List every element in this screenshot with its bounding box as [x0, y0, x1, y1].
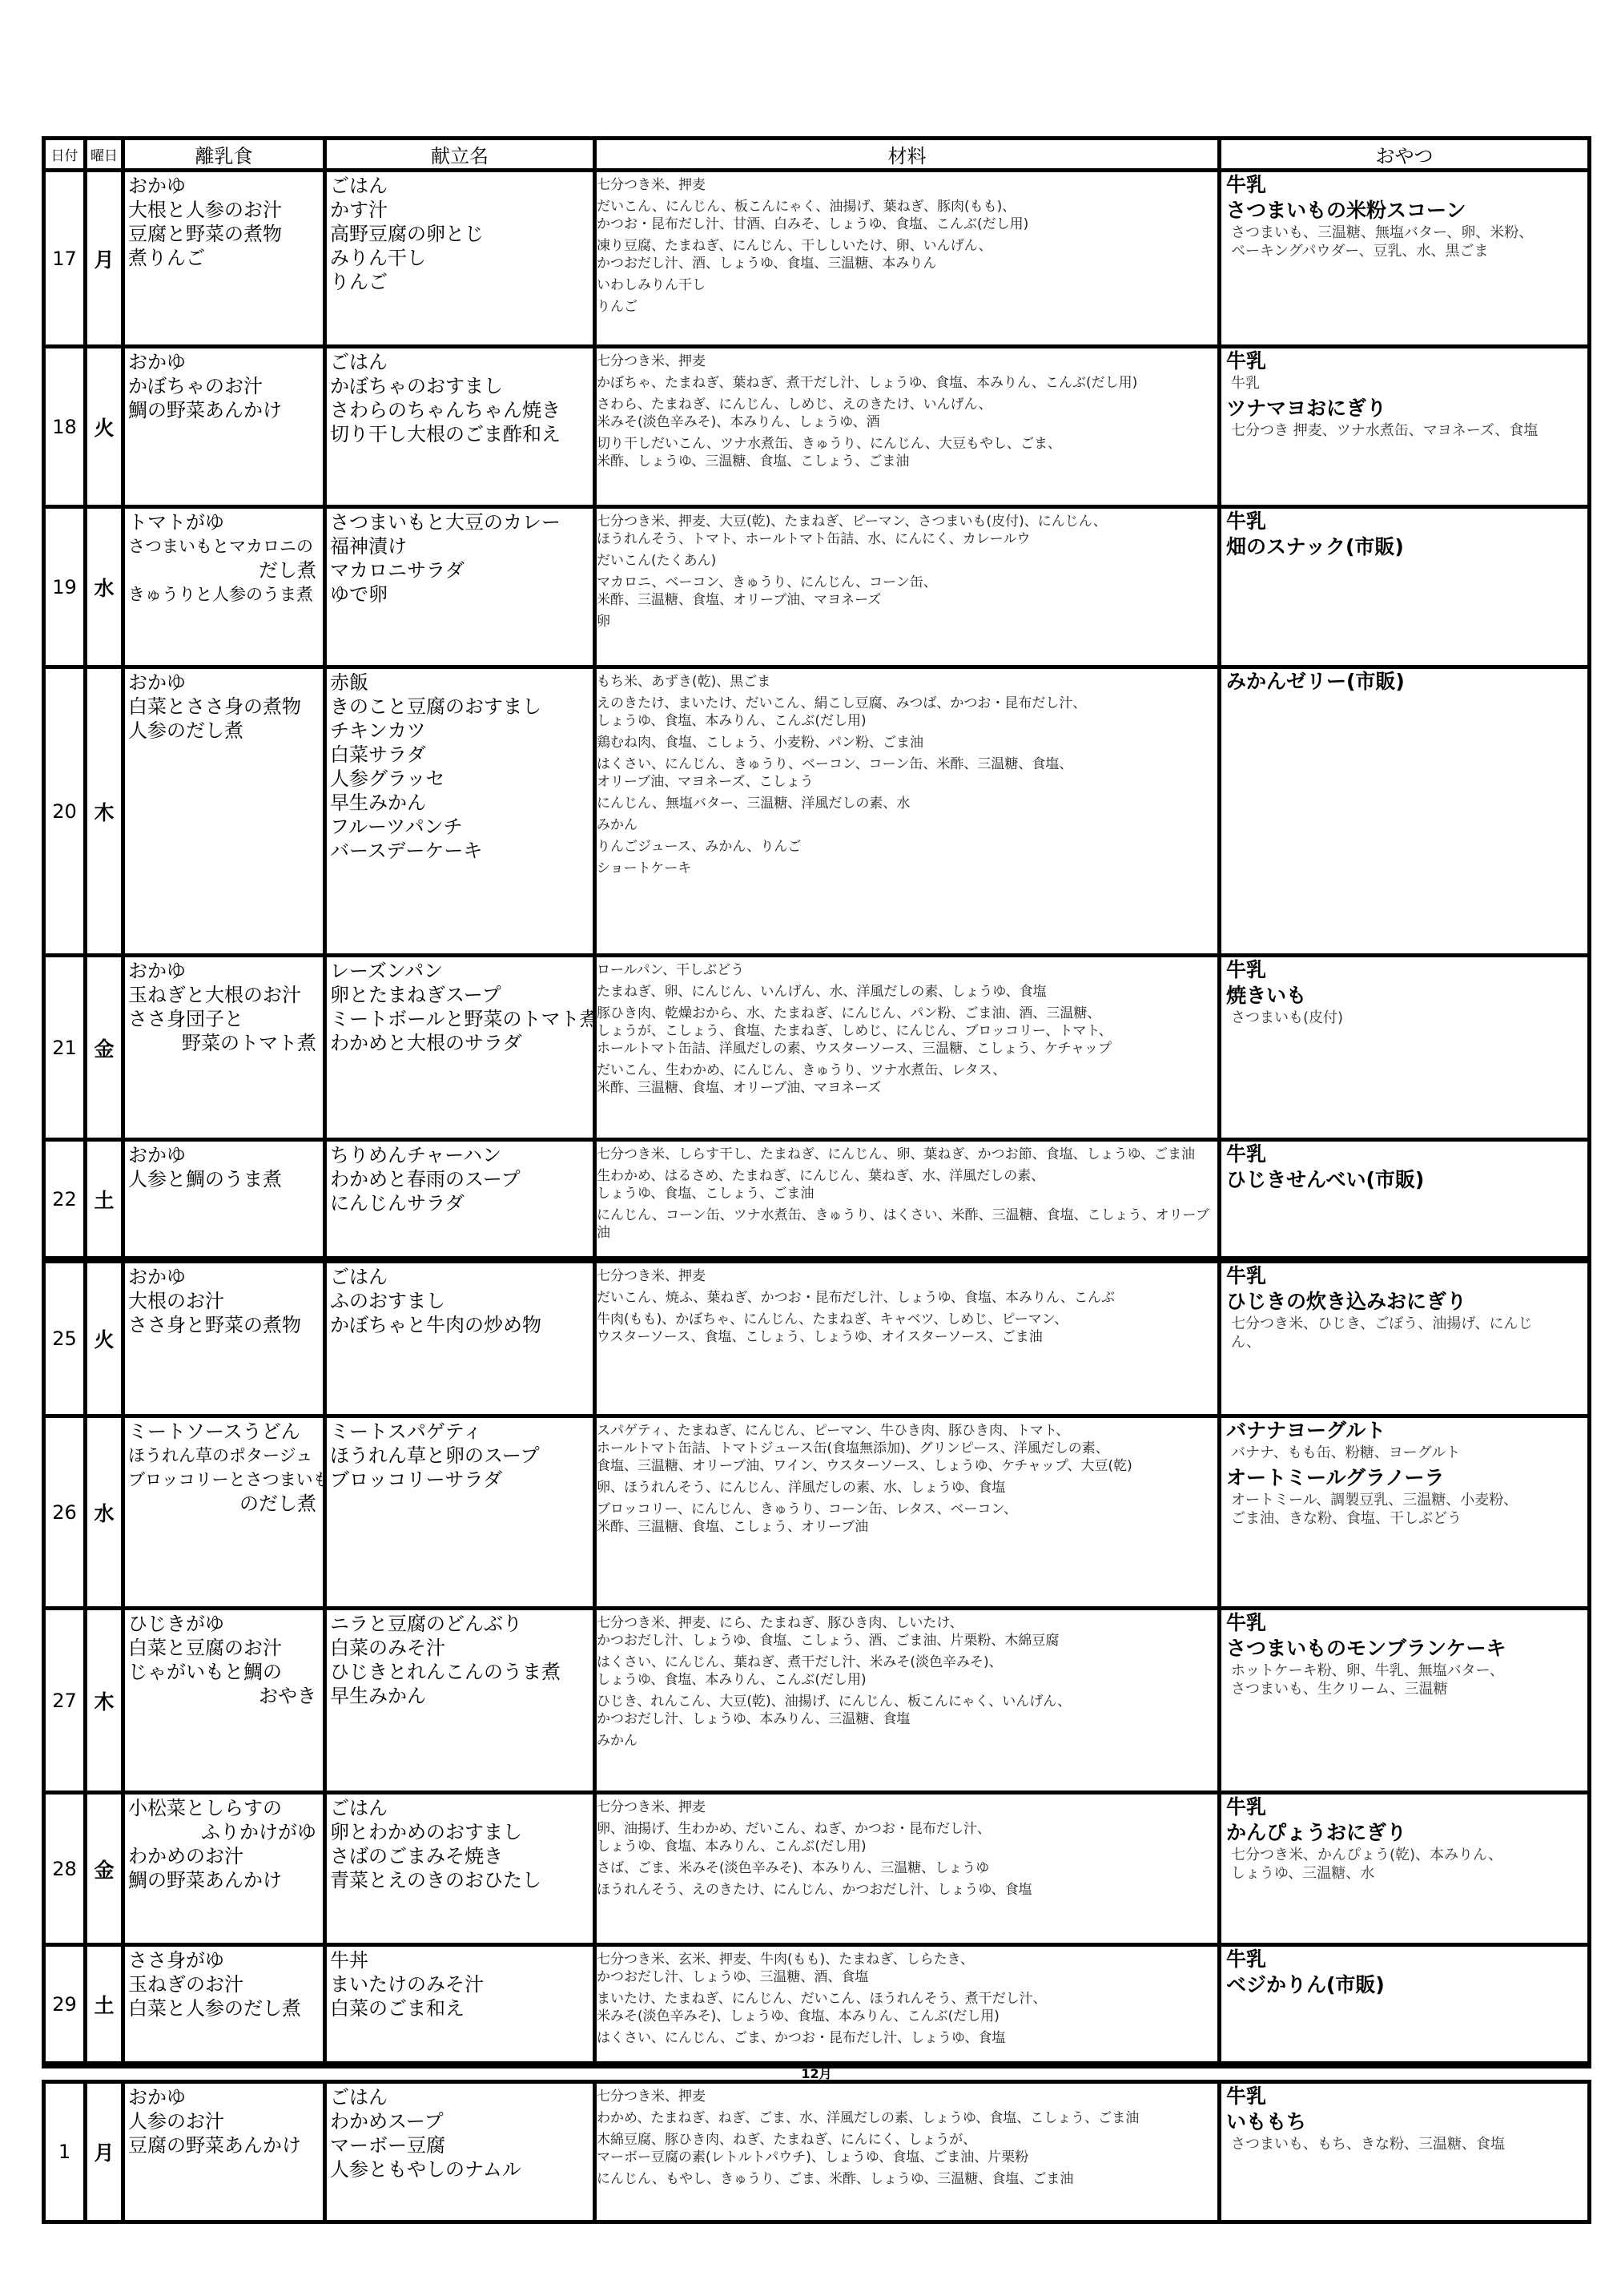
snack-cell: 牛乳焼きいもさつまいも(皮付)	[1220, 956, 1590, 1140]
snack-name: 牛乳	[1221, 509, 1587, 534]
baby-food-item: おかゆ	[128, 671, 320, 695]
snack-cell: 牛乳かんぴょうおにぎり七分つき米、かんぴょう(乾)、本みりん、 しょうゆ、三温糖…	[1220, 1793, 1590, 1945]
snack-name: 焼きいも	[1221, 983, 1587, 1009]
menu-cell: さつまいもと大豆のカレー福神漬けマカロニサラダゆで卵	[325, 507, 595, 667]
snack-cell: みかんゼリー(市販)	[1220, 667, 1590, 956]
menu-item: わかめと春雨のスープ	[330, 1167, 589, 1191]
baby-food-item: きゅうりと人参のうま煮	[128, 582, 320, 606]
baby-food-item: 人参のお汁	[128, 2109, 320, 2133]
snack-name: 牛乳	[1221, 2084, 1587, 2109]
menu-item: りんご	[330, 270, 589, 294]
baby-food-item: ささ身団子と	[128, 1007, 320, 1031]
menu-item: ほうれん草と卵のスープ	[330, 1444, 589, 1468]
month-separator-row: 12月	[44, 2065, 1590, 2082]
baby-food-cell: おかゆ人参と鯛のうま煮	[123, 1140, 325, 1260]
ingredient-list: ひじき、れんこん、大豆(乾)、油揚げ、にんじん、板こんにゃく、いんげん、 かつお…	[597, 1690, 1217, 1730]
ingredient-list: ブロッコリー、にんじん、きゅうり、コーン缶、レタス、ベーコン、 米酢、三温糖、食…	[597, 1498, 1217, 1537]
menu-item: かぼちゃと牛肉の炒め物	[330, 1313, 589, 1337]
ingredient-list: 卵、油揚げ、生わかめ、だいこん、ねぎ、かつお・昆布だし汁、 しょうゆ、食塩、本み…	[597, 1818, 1217, 1857]
ingredients-cell: もち米、あずき(乾)、黒ごまえのきたけ、まいたけ、だいこん、絹こし豆腐、みつば、…	[595, 667, 1220, 956]
ingredient-list: 生わかめ、はるさめ、たまねぎ、にんじん、葉ねぎ、水、洋風だしの素、 しょうゆ、食…	[597, 1165, 1217, 1204]
ingredient-list: りんご	[597, 296, 1217, 317]
ingredient-list: にんじん、もやし、きゅうり、ごま、米酢、しょうゆ、三温糖、食塩、ごま油	[597, 2168, 1217, 2189]
snack-name: バナナヨーグルト	[1221, 1418, 1587, 1444]
menu-item: バースデーケーキ	[330, 839, 589, 863]
day-row: 25火おかゆ大根のお汁ささ身と野菜の煮物ごはんふのおすましかぼちゃと牛肉の炒め物…	[44, 1260, 1590, 1416]
menu-body: 17月おかゆ大根と人参のお汁豆腐と野菜の煮物煮りんごごはんかす汁高野豆腐の卵とじ…	[44, 171, 1590, 2222]
ingredient-list: スパゲティ、たまねぎ、にんじん、ピーマン、牛ひき肉、豚ひき肉、トマト、 ホールト…	[597, 1420, 1217, 1476]
ingredient-list: さば、ごま、米みそ(淡色辛みそ)、本みりん、三温糖、しょうゆ	[597, 1857, 1217, 1879]
snack-ingredients: オートミール、調製豆乳、三温糖、小麦粉、 ごま油、きな粉、食塩、干しぶどう	[1221, 1491, 1587, 1531]
baby-food-item: ひじきがゆ	[128, 1612, 320, 1636]
day-of-week: 火	[86, 347, 123, 507]
month-label: 12月	[44, 2065, 1590, 2082]
baby-food-item: おかゆ	[128, 959, 320, 983]
snack-name: オートミールグラノーラ	[1221, 1465, 1587, 1491]
ingredient-list: 牛肉(もも)、かぼちゃ、にんじん、たまねぎ、キャベツ、しめじ、ピーマン、 ウスタ…	[597, 1308, 1217, 1347]
menu-item: チキンカツ	[330, 719, 589, 743]
day-date: 18	[44, 347, 86, 507]
snack-name: 牛乳	[1221, 348, 1587, 374]
baby-food-item: 煮りんご	[128, 246, 320, 270]
baby-food-item: ブロッコリーとさつまいも	[128, 1468, 320, 1492]
ingredient-list: たまねぎ、卵、にんじん、いんげん、水、洋風だしの素、しょうゆ、食塩	[597, 981, 1217, 1002]
snack-cell: 牛乳牛乳ツナマヨおにぎり七分つき 押麦、ツナ水煮缶、マヨネーズ、食塩	[1220, 347, 1590, 507]
snack-ingredients: さつまいも、もち、きな粉、三温糖、食塩	[1221, 2135, 1587, 2157]
menu-item: ごはん	[330, 2085, 589, 2109]
baby-food-item: ほうれん草のポタージュ	[128, 1444, 320, 1468]
baby-food-item: 白菜と人参のだし煮	[128, 1996, 320, 2020]
menu-item: にんじんサラダ	[330, 1191, 589, 1215]
ingredients-cell: 七分つき米、押麦、にら、たまねぎ、豚ひき肉、しいたけ、 かつおだし汁、しょうゆ、…	[595, 1609, 1220, 1793]
baby-food-cell: おかゆ人参のお汁豆腐の野菜あんかけ	[123, 2082, 325, 2222]
ingredient-list: かぼちゃ、たまねぎ、葉ねぎ、煮干だし汁、しょうゆ、食塩、本みりん、こんぶ(だし用…	[597, 372, 1217, 393]
ingredients-cell: 七分つき米、押麦、大豆(乾)、たまねぎ、ピーマン、さつまいも(皮付)、にんじん、…	[595, 507, 1220, 667]
ingredients-cell: 七分つき米、押麦だいこん、にんじん、板こんにゃく、油揚げ、葉ねぎ、豚肉(もも)、…	[595, 171, 1220, 347]
snack-name: ひじきせんべい(市販)	[1221, 1167, 1587, 1193]
ingredient-list: 七分つき米、押麦、にら、たまねぎ、豚ひき肉、しいたけ、 かつおだし汁、しょうゆ、…	[597, 1612, 1217, 1651]
menu-item: 切り干し大根のごま酢和え	[330, 422, 589, 446]
menu-cell: ごはん卵とわかめのおすましさばのごまみそ焼き青菜とえのきのおひたし	[325, 1793, 595, 1945]
day-of-week: 木	[86, 667, 123, 956]
day-row: 17月おかゆ大根と人参のお汁豆腐と野菜の煮物煮りんごごはんかす汁高野豆腐の卵とじ…	[44, 171, 1590, 347]
ingredient-list: 七分つき米、押麦	[597, 174, 1217, 195]
menu-item: みりん干し	[330, 246, 589, 270]
ingredients-cell: 七分つき米、押麦かぼちゃ、たまねぎ、葉ねぎ、煮干だし汁、しょうゆ、食塩、本みりん…	[595, 347, 1220, 507]
menu-item: 卵とわかめのおすまし	[330, 1820, 589, 1844]
snack-cell: 牛乳ベジかりん(市販)	[1220, 1945, 1590, 2065]
ingredients-cell: スパゲティ、たまねぎ、にんじん、ピーマン、牛ひき肉、豚ひき肉、トマト、 ホールト…	[595, 1416, 1220, 1609]
ingredient-list: わかめ、たまねぎ、ねぎ、ごま、水、洋風だしの素、しょうゆ、食塩、こしょう、ごま油	[597, 2107, 1217, 2129]
snack-name: さつまいものモンブランケーキ	[1221, 1636, 1587, 1662]
baby-food-item: だし煮	[128, 558, 320, 582]
menu-item: ごはん	[330, 174, 589, 198]
ingredient-list: りんごジュース、みかん、りんご	[597, 836, 1217, 857]
menu-cell: ちりめんチャーハンわかめと春雨のスープにんじんサラダ	[325, 1140, 595, 1260]
menu-item: ミートスパゲティ	[330, 1420, 589, 1444]
snack-name: いももち	[1221, 2109, 1587, 2135]
baby-food-item: 小松菜としらすの	[128, 1796, 320, 1820]
day-date: 20	[44, 667, 86, 956]
snack-cell: 牛乳畑のスナック(市販)	[1220, 507, 1590, 667]
menu-item: 赤飯	[330, 671, 589, 695]
day-date: 1	[44, 2082, 86, 2222]
menu-item: さわらのちゃんちゃん焼き	[330, 398, 589, 422]
header-snack: おやつ	[1220, 139, 1590, 171]
menu-item: レーズンパン	[330, 959, 589, 983]
snack-name: さつまいもの米粉スコーン	[1221, 198, 1587, 224]
ingredient-list: まいたけ、たまねぎ、にんじん、だいこん、ほうれんそう、煮干だし汁、 米みそ(淡色…	[597, 1988, 1217, 2027]
ingredient-list: いわしみりん干し	[597, 274, 1217, 296]
day-date: 28	[44, 1793, 86, 1945]
baby-food-item: おかゆ	[128, 1143, 320, 1167]
ingredient-list: みかん	[597, 814, 1217, 836]
baby-food-cell: おかゆかぼちゃのお汁鯛の野菜あんかけ	[123, 347, 325, 507]
menu-item: 卵とたまねぎスープ	[330, 983, 589, 1007]
baby-food-item: おかゆ	[128, 174, 320, 198]
baby-food-item: さつまいもとマカロニの	[128, 534, 320, 558]
snack-name: 牛乳	[1221, 172, 1587, 198]
snack-ingredients: さつまいも、三温糖、無塩バター、卵、米粉、 ベーキングパウダー、豆乳、水、黒ごま	[1221, 224, 1587, 264]
baby-food-item: 豆腐と野菜の煮物	[128, 222, 320, 246]
menu-item: ちりめんチャーハン	[330, 1143, 589, 1167]
baby-food-item: ささ身がゆ	[128, 1948, 320, 1972]
day-row: 20木おかゆ白菜とささ身の煮物人参のだし煮赤飯きのこと豆腐のおすましチキンカツ白…	[44, 667, 1590, 956]
snack-name: 畑のスナック(市販)	[1221, 534, 1587, 560]
baby-food-cell: おかゆ玉ねぎと大根のお汁ささ身団子と野菜のトマト煮	[123, 956, 325, 1140]
baby-food-item: 大根のお汁	[128, 1289, 320, 1313]
snack-cell: 牛乳ひじきの炊き込みおにぎり七分つき米、ひじき、ごぼう、油揚げ、にんじ ん、	[1220, 1260, 1590, 1416]
ingredient-list: にんじん、コーン缶、ツナ水煮缶、きゅうり、はくさい、米酢、三温糖、食塩、こしょう…	[597, 1204, 1217, 1243]
ingredient-list: 七分つき米、しらす干し、たまねぎ、にんじん、卵、葉ねぎ、かつお節、食塩、しょうゆ…	[597, 1143, 1217, 1165]
menu-item: ひじきとれんこんのうま煮	[330, 1660, 589, 1684]
baby-food-item: 玉ねぎと大根のお汁	[128, 983, 320, 1007]
menu-sheet: 日付 曜日 離乳食 献立名 材料 おやつ 17月おかゆ大根と人参のお汁豆腐と野菜…	[42, 136, 1587, 2224]
snack-ingredients: 七分つき米、ひじき、ごぼう、油揚げ、にんじ ん、	[1221, 1315, 1587, 1355]
baby-food-item: おかゆ	[128, 350, 320, 374]
ingredient-list: みかん	[597, 1730, 1217, 1751]
baby-food-item: 野菜のトマト煮	[128, 1031, 320, 1055]
header-date: 日付	[44, 139, 86, 171]
day-date: 29	[44, 1945, 86, 2065]
baby-food-item: 玉ねぎのお汁	[128, 1972, 320, 1996]
snack-ingredients: ホットケーキ粉、卵、牛乳、無塩バター、 さつまいも、生クリーム、三温糖	[1221, 1662, 1587, 1702]
day-row: 19水トマトがゆさつまいもとマカロニのだし煮きゅうりと人参のうま煮さつまいもと大…	[44, 507, 1590, 667]
ingredient-list: ロールパン、干しぶどう	[597, 959, 1217, 981]
day-date: 19	[44, 507, 86, 667]
snack-ingredients: 七分つき米、かんぴょう(乾)、本みりん、 しょうゆ、三温糖、水	[1221, 1846, 1587, 1886]
ingredient-list: 木綿豆腐、豚ひき肉、ねぎ、たまねぎ、にんにく、しょうが、 マーボー豆腐の素(レト…	[597, 2129, 1217, 2168]
snack-cell: 牛乳さつまいもの米粉スコーンさつまいも、三温糖、無塩バター、卵、米粉、 ベーキン…	[1220, 171, 1590, 347]
snack-ingredients: 七分つき 押麦、ツナ水煮缶、マヨネーズ、食塩	[1221, 421, 1587, 443]
snack-name: かんぴょうおにぎり	[1221, 1820, 1587, 1846]
snack-cell: 牛乳いももちさつまいも、もち、きな粉、三温糖、食塩	[1220, 2082, 1590, 2222]
ingredient-list: 豚ひき肉、乾燥おから、水、たまねぎ、にんじん、パン粉、ごま油、酒、三温糖、 しょ…	[597, 1002, 1217, 1059]
ingredients-cell: 七分つき米、押麦わかめ、たまねぎ、ねぎ、ごま、水、洋風だしの素、しょうゆ、食塩、…	[595, 2082, 1220, 2222]
snack-name: 牛乳	[1221, 1263, 1587, 1289]
snack-cell: 牛乳さつまいものモンブランケーキホットケーキ粉、卵、牛乳、無塩バター、 さつまい…	[1220, 1609, 1590, 1793]
ingredients-cell: 七分つき米、押麦だいこん、焼ふ、葉ねぎ、かつお・昆布だし汁、しょうゆ、食塩、本み…	[595, 1260, 1220, 1416]
day-of-week: 火	[86, 1260, 123, 1416]
baby-food-item: 大根と人参のお汁	[128, 198, 320, 222]
baby-food-item: じゃがいもと鯛の	[128, 1660, 320, 1684]
baby-food-item: おかゆ	[128, 1265, 320, 1289]
menu-item: さつまいもと大豆のカレー	[330, 510, 589, 534]
snack-name: 牛乳	[1221, 1610, 1587, 1636]
ingredients-cell: 七分つき米、玄米、押麦、牛肉(もも)、たまねぎ、しらたき、 かつおだし汁、しょう…	[595, 1945, 1220, 2065]
menu-item: かす汁	[330, 198, 589, 222]
day-of-week: 金	[86, 956, 123, 1140]
baby-food-item: 豆腐の野菜あんかけ	[128, 2133, 320, 2157]
ingredient-list: にんじん、無塩バター、三温糖、洋風だしの素、水	[597, 792, 1217, 814]
day-row: 26水ミートソースうどんほうれん草のポタージュブロッコリーとさつまいものだし煮ミ…	[44, 1416, 1590, 1609]
day-of-week: 土	[86, 1945, 123, 2065]
menu-item: 人参グラッセ	[330, 767, 589, 791]
day-row: 27木ひじきがゆ白菜と豆腐のお汁じゃがいもと鯛のおやきニラと豆腐のどんぶり白菜の…	[44, 1609, 1590, 1793]
menu-item: 人参ともやしのナムル	[330, 2157, 589, 2181]
ingredient-list: 七分つき米、押麦	[597, 350, 1217, 372]
day-of-week: 水	[86, 1416, 123, 1609]
ingredient-list: 七分つき米、押麦	[597, 1265, 1217, 1287]
ingredient-list: だいこん、にんじん、板こんにゃく、油揚げ、葉ねぎ、豚肉(もも)、 かつお・昆布だ…	[597, 195, 1217, 235]
ingredient-list: 七分つき米、押麦、大豆(乾)、たまねぎ、ピーマン、さつまいも(皮付)、にんじん、…	[597, 510, 1217, 550]
snack-cell: 牛乳ひじきせんべい(市販)	[1220, 1140, 1590, 1260]
menu-item: 早生みかん	[330, 791, 589, 815]
ingredient-list: だいこん(たくあん)	[597, 550, 1217, 571]
baby-food-item: ミートソースうどん	[128, 1420, 320, 1444]
day-of-week: 月	[86, 171, 123, 347]
menu-item: ニラと豆腐のどんぶり	[330, 1612, 589, 1636]
baby-food-item: 白菜とささ身の煮物	[128, 695, 320, 719]
menu-item: わかめと大根のサラダ	[330, 1031, 589, 1055]
snack-ingredients: さつまいも(皮付)	[1221, 1009, 1587, 1030]
day-of-week: 水	[86, 507, 123, 667]
baby-food-cell: ささ身がゆ玉ねぎのお汁白菜と人参のだし煮	[123, 1945, 325, 2065]
menu-cell: 赤飯きのこと豆腐のおすましチキンカツ白菜サラダ人参グラッセ早生みかんフルーツパン…	[325, 667, 595, 956]
menu-item: ブロッコリーサラダ	[330, 1468, 589, 1492]
menu-item: ごはん	[330, 1265, 589, 1289]
menu-item: 白菜のごま和え	[330, 1996, 589, 2020]
baby-food-cell: おかゆ白菜とささ身の煮物人参のだし煮	[123, 667, 325, 956]
snack-name: みかんゼリー(市販)	[1221, 669, 1587, 695]
ingredient-list: だいこん、生わかめ、にんじん、きゅうり、ツナ水煮缶、レタス、 米酢、三温糖、食塩…	[597, 1059, 1217, 1098]
baby-food-item: 人参と鯛のうま煮	[128, 1167, 320, 1191]
menu-item: マーボー豆腐	[330, 2133, 589, 2157]
baby-food-item: トマトがゆ	[128, 510, 320, 534]
ingredient-list: ショートケーキ	[597, 857, 1217, 879]
snack-name: ベジかりん(市販)	[1221, 1972, 1587, 1998]
menu-item: ミートボールと野菜のトマト煮	[330, 1007, 589, 1031]
menu-item: ふのおすまし	[330, 1289, 589, 1313]
baby-food-item: ふりかけがゆ	[128, 1820, 320, 1844]
ingredients-cell: ロールパン、干しぶどうたまねぎ、卵、にんじん、いんげん、水、洋風だしの素、しょう…	[595, 956, 1220, 1140]
baby-food-cell: ひじきがゆ白菜と豆腐のお汁じゃがいもと鯛のおやき	[123, 1609, 325, 1793]
menu-cell: ごはんかす汁高野豆腐の卵とじみりん干しりんご	[325, 171, 595, 347]
menu-item: わかめスープ	[330, 2109, 589, 2133]
snack-name: 牛乳	[1221, 1947, 1587, 1972]
day-date: 26	[44, 1416, 86, 1609]
snack-ingredients: バナナ、もも缶、粉糖、ヨーグルト	[1221, 1444, 1587, 1465]
menu-table: 日付 曜日 離乳食 献立名 材料 おやつ 17月おかゆ大根と人参のお汁豆腐と野菜…	[42, 136, 1591, 2224]
menu-cell: ごはんわかめスープマーボー豆腐人参ともやしのナムル	[325, 2082, 595, 2222]
baby-food-item: のだし煮	[128, 1492, 320, 1516]
baby-food-item: おかゆ	[128, 2085, 320, 2109]
day-date: 22	[44, 1140, 86, 1260]
snack-name: 牛乳	[1221, 1795, 1587, 1820]
ingredients-cell: 七分つき米、しらす干し、たまねぎ、にんじん、卵、葉ねぎ、かつお節、食塩、しょうゆ…	[595, 1140, 1220, 1260]
ingredient-list: さわら、たまねぎ、にんじん、しめじ、えのきたけ、いんげん、 米みそ(淡色辛みそ)…	[597, 393, 1217, 433]
day-row: 21金おかゆ玉ねぎと大根のお汁ささ身団子と野菜のトマト煮レーズンパン卵とたまねぎ…	[44, 956, 1590, 1140]
menu-item: フルーツパンチ	[330, 815, 589, 839]
day-date: 27	[44, 1609, 86, 1793]
day-date: 25	[44, 1260, 86, 1416]
baby-food-item: かぼちゃのお汁	[128, 374, 320, 398]
snack-name: ひじきの炊き込みおにぎり	[1221, 1289, 1587, 1315]
ingredient-list: ほうれんそう、えのきたけ、にんじん、かつおだし汁、しょうゆ、食塩	[597, 1879, 1217, 1900]
menu-cell: ミートスパゲティほうれん草と卵のスープブロッコリーサラダ	[325, 1416, 595, 1609]
ingredient-list: マカロニ、ベーコン、きゅうり、にんじん、コーン缶、 米酢、三温糖、食塩、オリーブ…	[597, 571, 1217, 610]
menu-item: 牛丼	[330, 1948, 589, 1972]
baby-food-item: わかめのお汁	[128, 1844, 320, 1868]
baby-food-item: 鯛の野菜あんかけ	[128, 398, 320, 422]
ingredients-cell: 七分つき米、押麦卵、油揚げ、生わかめ、だいこん、ねぎ、かつお・昆布だし汁、 しょ…	[595, 1793, 1220, 1945]
day-row: 22土おかゆ人参と鯛のうま煮ちりめんチャーハンわかめと春雨のスープにんじんサラダ…	[44, 1140, 1590, 1260]
snack-ingredients: 牛乳	[1221, 374, 1587, 396]
snack-cell: バナナヨーグルトバナナ、もも缶、粉糖、ヨーグルトオートミールグラノーラオートミー…	[1220, 1416, 1590, 1609]
day-row: 29土ささ身がゆ玉ねぎのお汁白菜と人参のだし煮牛丼まいたけのみそ汁白菜のごま和え…	[44, 1945, 1590, 2065]
ingredient-list: はくさい、にんじん、ごま、かつお・昆布だし汁、しょうゆ、食塩	[597, 2027, 1217, 2048]
baby-food-item: 人参のだし煮	[128, 719, 320, 743]
menu-item: かぼちゃのおすまし	[330, 374, 589, 398]
header-baby-food: 離乳食	[123, 139, 325, 171]
menu-item: ごはん	[330, 1796, 589, 1820]
ingredient-list: もち米、あずき(乾)、黒ごま	[597, 671, 1217, 692]
snack-name: 牛乳	[1221, 1142, 1587, 1167]
menu-item: 青菜とえのきのおひたし	[330, 1868, 589, 1892]
day-of-week: 月	[86, 2082, 123, 2222]
ingredient-list: はくさい、にんじん、葉ねぎ、煮干だし汁、米みそ(淡色辛みそ)、 しょうゆ、食塩、…	[597, 1651, 1217, 1690]
menu-item: 早生みかん	[330, 1684, 589, 1708]
menu-cell: 牛丼まいたけのみそ汁白菜のごま和え	[325, 1945, 595, 2065]
menu-item: ゆで卵	[330, 582, 589, 606]
day-row: 1月おかゆ人参のお汁豆腐の野菜あんかけごはんわかめスープマーボー豆腐人参ともやし…	[44, 2082, 1590, 2222]
ingredient-list: 七分つき米、押麦	[597, 2085, 1217, 2107]
ingredient-list: はくさい、にんじん、きゅうり、ベーコン、コーン缶、米酢、三温糖、食塩、 オリーブ…	[597, 753, 1217, 792]
baby-food-cell: おかゆ大根と人参のお汁豆腐と野菜の煮物煮りんご	[123, 171, 325, 347]
ingredient-list: えのきたけ、まいたけ、だいこん、絹こし豆腐、みつば、かつお・昆布だし汁、 しょう…	[597, 692, 1217, 731]
baby-food-item: 白菜と豆腐のお汁	[128, 1636, 320, 1660]
header-menu: 献立名	[325, 139, 595, 171]
ingredient-list: 七分つき米、押麦	[597, 1796, 1217, 1818]
menu-item: 高野豆腐の卵とじ	[330, 222, 589, 246]
snack-name: 牛乳	[1221, 957, 1587, 983]
menu-item: 白菜のみそ汁	[330, 1636, 589, 1660]
ingredient-list: 卵、ほうれんそう、にんじん、洋風だしの素、水、しょうゆ、食塩	[597, 1476, 1217, 1498]
day-row: 18火おかゆかぼちゃのお汁鯛の野菜あんかけごはんかぼちゃのおすましさわらのちゃん…	[44, 347, 1590, 507]
baby-food-cell: トマトがゆさつまいもとマカロニのだし煮きゅうりと人参のうま煮	[123, 507, 325, 667]
day-of-week: 金	[86, 1793, 123, 1945]
menu-item: マカロニサラダ	[330, 558, 589, 582]
menu-cell: ごはんかぼちゃのおすましさわらのちゃんちゃん焼き切り干し大根のごま酢和え	[325, 347, 595, 507]
baby-food-cell: ミートソースうどんほうれん草のポタージュブロッコリーとさつまいものだし煮	[123, 1416, 325, 1609]
baby-food-cell: おかゆ大根のお汁ささ身と野菜の煮物	[123, 1260, 325, 1416]
menu-item: まいたけのみそ汁	[330, 1972, 589, 1996]
ingredient-list: 七分つき米、玄米、押麦、牛肉(もも)、たまねぎ、しらたき、 かつおだし汁、しょう…	[597, 1948, 1217, 1988]
ingredient-list: 切り干しだいこん、ツナ水煮缶、きゅうり、にんじん、大豆もやし、ごま、 米酢、しょ…	[597, 433, 1217, 472]
menu-cell: ごはんふのおすましかぼちゃと牛肉の炒め物	[325, 1260, 595, 1416]
menu-cell: レーズンパン卵とたまねぎスープミートボールと野菜のトマト煮わかめと大根のサラダ	[325, 956, 595, 1140]
header-row: 日付 曜日 離乳食 献立名 材料 おやつ	[44, 139, 1590, 171]
menu-item: 白菜サラダ	[330, 743, 589, 767]
ingredient-list: だいこん、焼ふ、葉ねぎ、かつお・昆布だし汁、しょうゆ、食塩、本みりん、こんぶ	[597, 1287, 1217, 1308]
baby-food-cell: 小松菜としらすのふりかけがゆわかめのお汁鯛の野菜あんかけ	[123, 1793, 325, 1945]
day-date: 17	[44, 171, 86, 347]
menu-cell: ニラと豆腐のどんぶり白菜のみそ汁ひじきとれんこんのうま煮早生みかん	[325, 1609, 595, 1793]
menu-item: ごはん	[330, 350, 589, 374]
ingredient-list: 鶏むね肉、食塩、こしょう、小麦粉、パン粉、ごま油	[597, 731, 1217, 753]
day-of-week: 土	[86, 1140, 123, 1260]
ingredient-list: 凍り豆腐、たまねぎ、にんじん、干ししいたけ、卵、いんげん、 かつおだし汁、酒、し…	[597, 235, 1217, 274]
menu-item: 福神漬け	[330, 534, 589, 558]
baby-food-item: ささ身と野菜の煮物	[128, 1313, 320, 1337]
baby-food-item: おやき	[128, 1684, 320, 1708]
day-date: 21	[44, 956, 86, 1140]
baby-food-item: 鯛の野菜あんかけ	[128, 1868, 320, 1892]
menu-item: さばのごまみそ焼き	[330, 1844, 589, 1868]
header-dow: 曜日	[86, 139, 123, 171]
snack-name: ツナマヨおにぎり	[1221, 396, 1587, 421]
day-of-week: 木	[86, 1609, 123, 1793]
menu-item: きのこと豆腐のおすまし	[330, 695, 589, 719]
day-row: 28金小松菜としらすのふりかけがゆわかめのお汁鯛の野菜あんかけごはん卵とわかめの…	[44, 1793, 1590, 1945]
ingredient-list: 卵	[597, 610, 1217, 632]
header-ingredients: 材料	[595, 139, 1220, 171]
